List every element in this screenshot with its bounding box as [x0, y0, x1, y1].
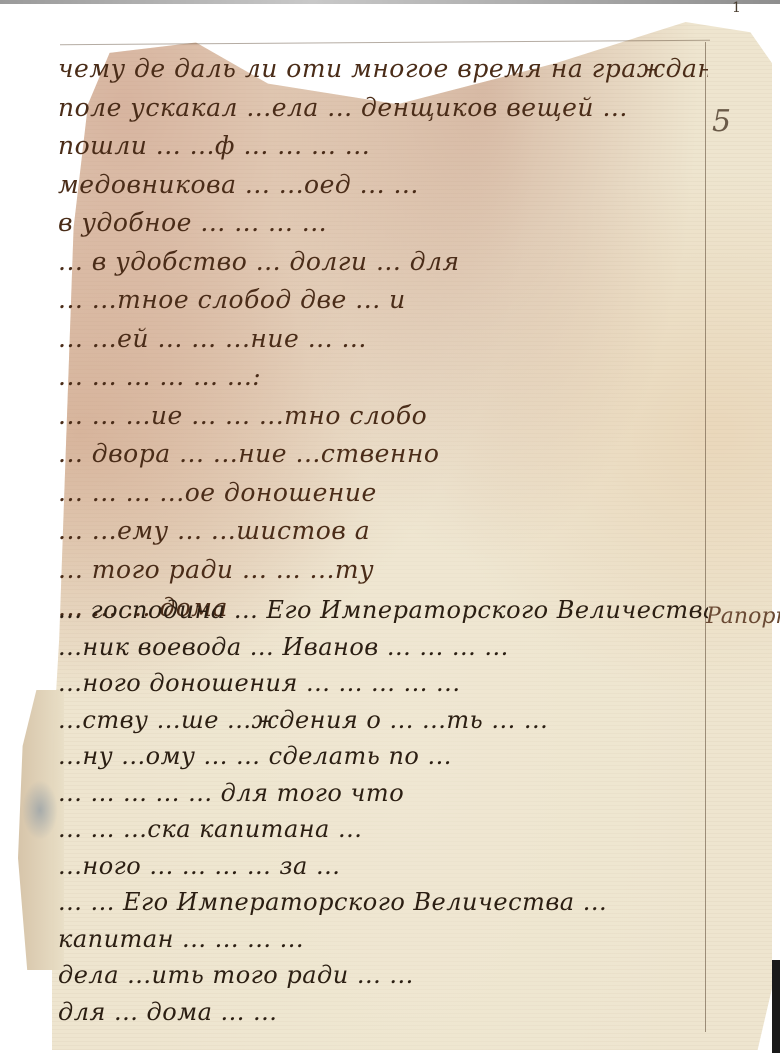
handwritten-line: капитан ... ... ... ...	[58, 927, 708, 959]
paper-stain	[22, 780, 58, 840]
handwritten-line: ... ... ...ска капитана ...	[58, 817, 708, 849]
handwritten-line: ... ... ...ие ... ... ...тно слобо	[58, 403, 708, 434]
marginal-note: Рапорт	[706, 604, 780, 629]
handwritten-line: ... двора ... ...ние ...ственно	[58, 441, 708, 472]
handwritten-line: ... ... ... ... ... ...:	[58, 364, 708, 395]
scan-border-right	[772, 960, 780, 1053]
handwritten-line: ... ... Его Императорского Величества ..…	[58, 890, 708, 922]
handwritten-line: ... ...тное слобод две ... и	[58, 287, 708, 318]
handwritten-line: медовникова ... ...оед ... ...	[58, 172, 708, 203]
manuscript-section-1: чему де даль ли оти многое время на граж…	[58, 56, 708, 634]
handwritten-line: ...ник воевода ... Иванов ... ... ... ..…	[58, 635, 708, 667]
handwritten-line: пошли ... ...ф ... ... ... ...	[58, 133, 708, 164]
handwritten-line: ... ...ему ... ...шистов а	[58, 518, 708, 549]
handwritten-line: ... ... ... ...ое доношение	[58, 480, 708, 511]
handwritten-line: в удобное ... ... ... ...	[58, 210, 708, 241]
handwritten-line: ... ...ей ... ... ...ние ... ...	[58, 326, 708, 357]
handwritten-line: дела ...ить того ради ... ...	[58, 963, 708, 995]
handwritten-line: чему де даль ли оти многое время на граж…	[58, 56, 708, 87]
handwritten-line: ... господина ... Его Императорского Вел…	[58, 598, 708, 630]
handwritten-line: ...ству ...ше ...ждения о ... ...ть ... …	[58, 708, 708, 740]
handwritten-line: ...ного ... ... ... ... за ...	[58, 854, 708, 886]
handwritten-line: ... ... ... ... ... для того что	[58, 781, 708, 813]
manuscript-section-2: ... господина ... Его Императорского Вел…	[58, 598, 708, 1036]
corner-mark: 1	[732, 0, 741, 16]
scan-border-top	[0, 0, 780, 4]
handwritten-line: поле ускакал ...ела ... денщиков вещей .…	[58, 95, 708, 126]
margin-rule-top	[60, 40, 710, 46]
handwritten-line: для ... дома ... ...	[58, 1000, 708, 1032]
handwritten-line: ... того ради ... ... ...ту	[58, 557, 708, 588]
handwritten-line: ...ну ...ому ... ... сделать по ...	[58, 744, 708, 776]
handwritten-line: ... в удобство ... долги ... для	[58, 249, 708, 280]
handwritten-line: ...ного доношения ... ... ... ... ...	[58, 671, 708, 703]
folio-number: 5	[712, 104, 731, 139]
